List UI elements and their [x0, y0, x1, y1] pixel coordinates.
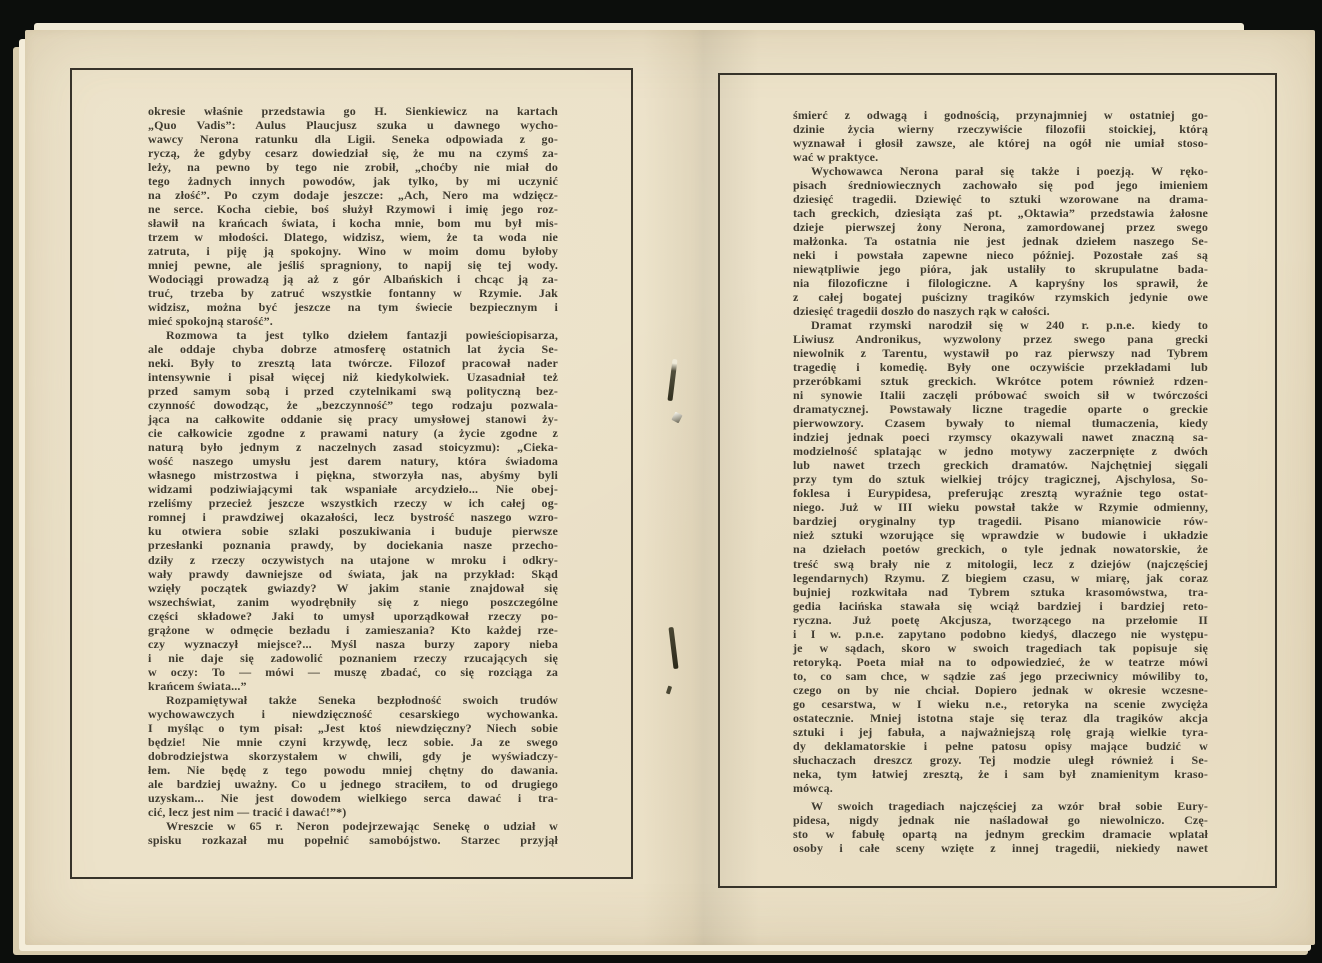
text-line: naturą było jednym z naczelnych zasad st…: [148, 440, 558, 454]
text-line: neka, tym łatwiej zresztą, że i sam był …: [793, 767, 1208, 781]
text-line: jąca na całkowite oddanie się pracy umys…: [148, 412, 558, 426]
text-line: wać w praktyce.: [793, 150, 1208, 164]
paragraph: Dramat rzymski narodził się w 240 r. p.n…: [793, 318, 1208, 795]
text-line: części składowe? Jaki to umysł uporządko…: [148, 609, 558, 623]
text-line: Rozpamiętywał także Seneka bezpłodność s…: [148, 693, 558, 707]
text-line: wość naszego umysłu jest darem natury, k…: [148, 454, 558, 468]
text-line: mniej pewne, ale jeśliś spragniony, to n…: [148, 258, 558, 272]
text-line: ale bardziej uważny. Co u jednego straci…: [148, 777, 558, 791]
text-line: przed samym sobą i przed czytelnikami sw…: [148, 384, 558, 398]
text-line: sztuki i jej fabuła, a najważniejszą rol…: [793, 725, 1208, 739]
text-line: tego żadnych innych powodów, jak tylko, …: [148, 174, 558, 188]
text-line: truć, trzeba by zatruć wszystkie fontann…: [148, 286, 558, 300]
text-line: czynność dowodząc, że „bezczynność” tego…: [148, 398, 558, 412]
text-line: dzinie życia wierny rzeczywiście filozof…: [793, 122, 1208, 136]
text-line: lub nawet trzech greckich dramatów. Najc…: [793, 458, 1208, 472]
text-line: Liwiusz Andronikus, wyzwolony przez sweg…: [793, 332, 1208, 346]
paragraph: Rozmowa ta jest tylko dziełem fantazji p…: [148, 328, 558, 692]
text-line: wychowawczych i niewdzięczność cesarskie…: [148, 707, 558, 721]
text-line: gedia łacińska stawała się wciąż bardzie…: [793, 599, 1208, 613]
text-line: na dziełach poetów greckich, o tyle jedn…: [793, 542, 1208, 556]
text-line: ale oddaje chyba dobrze atmosferę ostatn…: [148, 342, 558, 356]
text-line: dramatycznej. Powstawały liczne tragedie…: [793, 402, 1208, 416]
text-line: go cesarstwa, w I wieku n.e., retoryka n…: [793, 697, 1208, 711]
text-line: na złość”. Po czym dodaje jeszcze: „Ach,…: [148, 188, 558, 202]
paragraph: Wreszcie w 65 r. Neron podejrzewając Sen…: [148, 819, 558, 847]
text-line: grążone w odmęcie bezładu i zamieszania?…: [148, 623, 558, 637]
text-line: uzyskam... Nie jest dowodem wielkiego se…: [148, 791, 558, 805]
text-line: neki. Były to zresztą lata twórcze. Filo…: [148, 356, 558, 370]
paragraph: W swoich tragediach najczęściej za wzór …: [793, 799, 1208, 855]
text-line: modzielność splatając w jedno motywy zac…: [793, 444, 1208, 458]
text-line: pisach średniowiecznych zachowało się po…: [793, 178, 1208, 192]
text-line: będzie! Nie mnie czyni krzywdę, lecz sob…: [148, 735, 558, 749]
text-line: leży, na pewno by tego nie zrobił, „choć…: [148, 160, 558, 174]
text-line: przeróbkami sztuk greckich. Wkrótce pote…: [793, 374, 1208, 388]
text-line: to, co sam chce, w sądzie zaś jego przec…: [793, 669, 1208, 683]
text-line: bardziej oryginalny typ tragedii. Pisano…: [793, 514, 1208, 528]
text-line: ni synowie Italii zaczęli próbować swoic…: [793, 388, 1208, 402]
text-line: małżonka. Ta ostatnia nie jest jednak dz…: [793, 234, 1208, 248]
text-line: osoby i całe sceny wzięte z innej traged…: [793, 841, 1208, 855]
text-line: „Quo Vadis”: Aulus Plaucjusz szuka u daw…: [148, 118, 558, 132]
text-line: widzami podziwiającymi tak wspaniałe arc…: [148, 482, 558, 496]
open-book-spread: okresie właśnie przedstawia go H. Sienki…: [25, 30, 1315, 945]
right-page-text: śmierć z odwagą i godnością, przynajmnie…: [793, 108, 1208, 855]
text-line: pierwowzory. Czasem bywały to niemal tłu…: [793, 416, 1208, 430]
text-line: okresie właśnie przedstawia go H. Sienki…: [148, 104, 558, 118]
text-line: śmierć z odwagą i godnością, przynajmnie…: [793, 108, 1208, 122]
text-line: Dramat rzymski narodził się w 240 r. p.n…: [793, 318, 1208, 332]
text-line: legendarnych) Rzymu. Z biegiem czasu, w …: [793, 571, 1208, 585]
text-line: słuchaczach dreszcz grozy. Tej modzie ul…: [793, 753, 1208, 767]
text-line: w oczy: To — mówi — muszę zbadać, co się…: [148, 665, 558, 679]
paragraph: śmierć z odwagą i godnością, przynajmnie…: [793, 108, 1208, 164]
text-line: dzieje pierwszej żony Nerona, zamordowan…: [793, 220, 1208, 234]
text-line: zatruta, i piję ją spokojny. Wino w moim…: [148, 244, 558, 258]
text-line: romnej i prawdziwej okazałości, lecz bys…: [148, 510, 558, 524]
text-line: niewątpliwie jego pióra, jak ustaliły to…: [793, 262, 1208, 276]
text-line: bujniej rozkwitała nad Tybrem sztuka kra…: [793, 585, 1208, 599]
text-line: nia filozoficzne i filologiczne. A kapry…: [793, 276, 1208, 290]
text-line: I myśląc o tym pisał: „Jest ktoś niewdzi…: [148, 721, 558, 735]
text-line: własnego mistrzostwa i piękna, stworzyła…: [148, 468, 558, 482]
text-line: przesłanki poznania prawdy, by dociekani…: [148, 538, 558, 552]
text-line: dziły z rzeczy oczywistych na utajone w …: [148, 553, 558, 567]
text-line: treść swą brały nie z mitologii, lecz z …: [793, 557, 1208, 571]
text-line: niego. Już w III wieku powstał także w R…: [793, 500, 1208, 514]
text-line: cie całkowicie zgodne z prawami natury (…: [148, 426, 558, 440]
book-scan-stage: okresie właśnie przedstawia go H. Sienki…: [0, 0, 1322, 963]
text-line: ku otwiera sobie szlaki poszukiwania i b…: [148, 524, 558, 538]
text-line: indziej jednak poeci rzymscy okazywali n…: [793, 430, 1208, 444]
text-line: Wreszcie w 65 r. Neron podejrzewając Sen…: [148, 819, 558, 833]
text-line: W swoich tragediach najczęściej za wzór …: [793, 799, 1208, 813]
left-page-text: okresie właśnie przedstawia go H. Sienki…: [148, 104, 558, 847]
text-line: wszechświat, zanim wyodrębniły się z nie…: [148, 595, 558, 609]
text-line: Wodociągi prowadzą ją aż z gór Albańskic…: [148, 272, 558, 286]
text-line: spisku rozkazał mu popełnić samobójstwo.…: [148, 833, 558, 847]
text-line: Rozmowa ta jest tylko dziełem fantazji p…: [148, 328, 558, 342]
paragraph: Wychowawca Nerona parał się także i poez…: [793, 164, 1208, 318]
text-line: neki i powstała zapewne nieco później. P…: [793, 248, 1208, 262]
text-line: niewolnik z Tarentu, wystawił po raz pie…: [793, 346, 1208, 360]
text-line: tragedię i komedię. Były one oczywiście …: [793, 360, 1208, 374]
text-line: łem. Nie będę z tego powodu mniej chętny…: [148, 763, 558, 777]
text-line: wyznawał i głosił zawsze, ale której na …: [793, 136, 1208, 150]
text-line: pidesa, nigdy jednak nie naśladował go n…: [793, 813, 1208, 827]
text-line: ryczna. Już poetę Akcjusza, tworzącego n…: [793, 613, 1208, 627]
text-line: sto w fabułę opartą na jednym greckim dr…: [793, 827, 1208, 841]
text-line: foklesa i Eurypidesa, preferując zresztą…: [793, 486, 1208, 500]
text-line: krańcem świata...”: [148, 679, 558, 693]
text-line: rzeliśmy przecież jeszcze wszystkich rze…: [148, 496, 558, 510]
text-line: intensywnie i pisał więcej niż kiedykolw…: [148, 370, 558, 384]
text-line: ne serce. Kocha ciebie, boś służył Rzymo…: [148, 202, 558, 216]
text-line: dobrodziejstwa skorzystałem w chwili, gd…: [148, 749, 558, 763]
paragraph: okresie właśnie przedstawia go H. Sienki…: [148, 104, 558, 328]
text-line: Wychowawca Nerona parał się także i poez…: [793, 164, 1208, 178]
text-line: trzem w młodości. Dlatego, widzisz, wiem…: [148, 230, 558, 244]
text-line: mieć spokojną starość”.: [148, 314, 558, 328]
text-line: tach greckich, dziesiąta zaś pt. „Oktawi…: [793, 206, 1208, 220]
text-line: ostatecznie. Mniej istotna staje się ter…: [793, 711, 1208, 725]
text-line: dy deklamatorskie i pełne patosu opisy m…: [793, 739, 1208, 753]
text-line: i nie daje się zadowolić poznaniem rzecz…: [148, 651, 558, 665]
text-line: czy wyznaczył miejsce?... Myśl nasza bur…: [148, 637, 558, 651]
text-line: z całej bogatej puścizny tragików rzymsk…: [793, 290, 1208, 304]
text-line: przy tym do sztuk wielkiej trójcy tragic…: [793, 472, 1208, 486]
text-line: i I w. p.n.e. zapytano podobno kiedyś, d…: [793, 627, 1208, 641]
paragraph: Rozpamiętywał także Seneka bezpłodność s…: [148, 693, 558, 819]
text-line: je w sądach, skoro w swoich tragediach t…: [793, 641, 1208, 655]
text-line: retoryką. Poeta miał na to odpowiedzieć,…: [793, 655, 1208, 669]
text-line: dziesięć tragedii. Dziewięć to sztuki wz…: [793, 192, 1208, 206]
text-line: mówcą.: [793, 781, 1208, 795]
text-line: wawcy Nerona ratunku dla Ligii. Seneka o…: [148, 132, 558, 146]
text-line: widzisz, można być jeszcze na tym świeci…: [148, 300, 558, 314]
text-line: dziesięć tragedii doszło do naszych rąk …: [793, 304, 1208, 318]
text-line: wzięły początek gwiazdy? W jakim stanie …: [148, 581, 558, 595]
text-line: wały prawdy dawniejsze od świata, jak na…: [148, 567, 558, 581]
text-line: sławił na krańcach świata, i kocha mnie,…: [148, 216, 558, 230]
text-line: czego on by nie chciał. Dopiero jednak w…: [793, 683, 1208, 697]
text-line: ryczą, że gdyby cesarz dowiedział się, ż…: [148, 146, 558, 160]
text-line: cić, lecz jest nim — tracić i dawać!”*): [148, 805, 558, 819]
text-line: nież sztuki wzorujące się wprawdzie w bu…: [793, 528, 1208, 542]
